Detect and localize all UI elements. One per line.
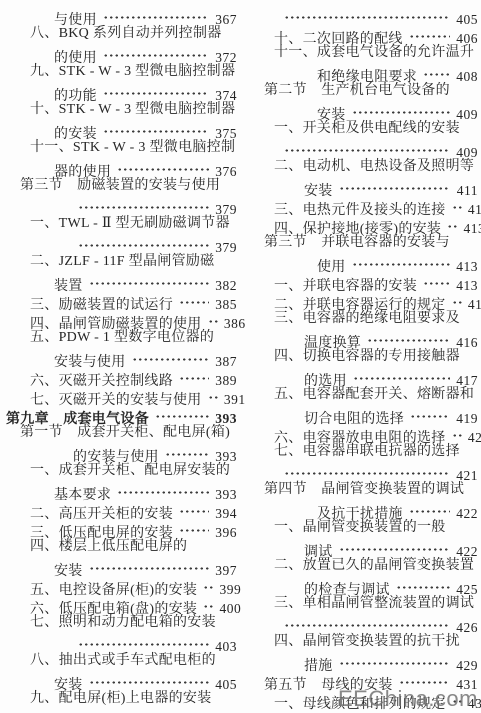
toc-entry-text: 四、切换电容器的专用接触器: [274, 347, 460, 366]
toc-row: 器的使用376: [0, 157, 240, 176]
toc-cont-text: 装置: [54, 277, 83, 296]
toc-column-left: 与使用367八、BKQ 系列自动并列控制器的使用372九、STK - W - 3…: [0, 5, 240, 708]
dot-leader: [409, 24, 450, 43]
toc-section-text: 第三节 并联电容器的安装与: [264, 233, 450, 252]
toc-entry-text: 三、电容器的绝缘电阻要求及: [274, 309, 460, 328]
toc-row: 426: [244, 613, 481, 632]
toc-row: 一、TWL - Ⅱ 型无刷励磁调节器: [0, 214, 240, 233]
dot-leader: [396, 575, 450, 594]
dot-leader: [423, 62, 450, 81]
page-number: 429: [454, 656, 478, 675]
toc-row: 八、抽出式或手车式配电柜的: [0, 651, 240, 670]
page-number: 379: [213, 238, 237, 257]
dot-leader: [352, 252, 450, 271]
toc-row: 第一节 成套开关柜、配电屏(箱): [0, 423, 240, 442]
toc-entry-text: 五、电容器配套开关、熔断器和: [274, 385, 474, 404]
toc-entry-text: 二、放置已久的晶闸管变换装置: [274, 556, 474, 575]
toc-row: 和绝缘电阻要求408: [244, 62, 481, 81]
toc-row: 五、电控设备屏(柜)的安装399: [0, 575, 240, 594]
dot-leader: [165, 442, 209, 461]
toc-row: 的功能374: [0, 81, 240, 100]
dot-leader: [423, 271, 450, 290]
toc-row: 405: [244, 5, 481, 24]
toc-section-text: 第一节 成套开关柜、配电屏(箱): [20, 423, 230, 442]
toc-section-text: 第三节 励磁装置的安装与使用: [20, 176, 220, 195]
toc-entry-text: 九、STK - W - 3 型微电脑控制器: [30, 62, 235, 81]
toc-entry-text: 一、开关柜及供电配线的安装: [274, 119, 460, 138]
toc-row: 四、切换电容器的专用接触器: [244, 347, 481, 366]
toc-row: 的选用417: [244, 366, 481, 385]
page-number: 405: [213, 675, 237, 694]
toc-row: 三、电热元件及接头的连接412: [244, 195, 481, 214]
toc-cont2-text: 使用: [317, 258, 346, 277]
toc-row: 九、STK - W - 3 型微电脑控制器: [0, 62, 240, 81]
toc-row: 七、照明和动力配电箱的安装: [0, 613, 240, 632]
dot-leader: [452, 195, 462, 214]
toc-entry-text: 五、PDW - 1 型数字电位器的: [30, 328, 214, 347]
dot-leader: [78, 632, 209, 651]
toc-entry-text: 九、配电屏(柜)上电器的安装: [30, 689, 212, 708]
page-number: 394: [213, 504, 237, 523]
dot-leader: [203, 575, 213, 594]
page-number: 413: [454, 257, 478, 276]
toc-row: 二、电动机、电热设备及照明等: [244, 157, 481, 176]
page-number: 422: [454, 504, 478, 523]
toc-row: 四、晶闸管变换装置的抗干扰: [244, 632, 481, 651]
toc-entry-text: 二、JZLF - 11F 型晶闸管励磁: [30, 252, 214, 271]
toc-column-right: 405十、二次回路的配线406十一、成套电气设备的允许温升和绝缘电阻要求408第…: [240, 5, 481, 708]
toc-cont-text: 安装: [304, 182, 333, 201]
toc-row: 一、开关柜及供电配线的安装: [244, 119, 481, 138]
toc-row: 安装409: [244, 100, 481, 119]
dot-leader: [203, 594, 213, 613]
dot-leader: [117, 480, 209, 499]
dot-leader: [89, 670, 209, 689]
toc-entry-text: 七、照明和动力配电箱的安装: [30, 613, 216, 632]
dot-leader: [103, 119, 209, 138]
toc-row: 第五节 母线的安装431: [244, 670, 481, 689]
page-number: 414: [466, 295, 481, 314]
toc-row: 二、高压开关柜的安装394: [0, 499, 240, 518]
toc-row: 二、JZLF - 11F 型晶闸管励磁: [0, 252, 240, 271]
toc-row: 与使用367: [0, 5, 240, 24]
dot-leader: [78, 233, 209, 252]
toc-entry-text: 一、母线颜色和排列的规定: [274, 695, 446, 713]
toc-row: 切合电阻的选择419: [244, 404, 481, 423]
toc-row: 第四节 晶闸管变换装置的调试: [244, 480, 481, 499]
dot-leader: [155, 404, 209, 423]
page-number: 387: [213, 352, 237, 371]
toc-row: 379: [0, 233, 240, 252]
toc-entry-text: 一、晶闸管变换装置的一般: [274, 518, 446, 537]
toc-entry-text: 六、灭磁开关控制线路: [30, 372, 173, 391]
toc-row: 的安装375: [0, 119, 240, 138]
toc-entry-text: 三、电热元件及接头的连接: [274, 201, 446, 220]
toc-entry-text: 十一、成套电气设备的允许温升: [274, 43, 474, 62]
page-number: 405: [454, 10, 478, 29]
toc-row: 七、电容器串联电抗器的选择: [244, 442, 481, 461]
dot-leader: [352, 100, 450, 119]
toc-entry-text: 十、STK - W - 3 型微电脑控制器: [30, 100, 235, 119]
dot-leader: [208, 309, 218, 328]
toc-entry-text: 四、晶闸管变换装置的抗干扰: [274, 632, 460, 651]
toc-row: 第三节 并联电容器的安装与: [244, 233, 481, 252]
toc-row: 379: [0, 195, 240, 214]
toc-row: 三、电容器的绝缘电阻要求及: [244, 309, 481, 328]
toc-row: 十一、STK - W - 3 型微电脑控制: [0, 138, 240, 157]
toc-row: 421: [244, 461, 481, 480]
toc-entry-text: 八、抽出式或手车式配电柜的: [30, 651, 216, 670]
dot-leader: [78, 195, 209, 214]
toc-row: 的使用372: [0, 43, 240, 62]
toc-row: 温度换算416: [244, 328, 481, 347]
dot-leader: [284, 461, 450, 480]
page-number: 403: [213, 637, 237, 656]
dot-leader: [447, 214, 457, 233]
toc-row: 二、放置已久的晶闸管变换装置: [244, 556, 481, 575]
dot-leader: [103, 43, 209, 62]
toc-section-text: 第五节 母线的安装: [264, 676, 393, 695]
toc-entry-text: 二、电动机、电热设备及照明等: [274, 157, 474, 176]
toc-entry-text: 四、楼层上低压配电屏的: [30, 537, 187, 556]
toc-row: 三、励磁装置的试运行385: [0, 290, 240, 309]
page-number: 382: [213, 276, 237, 295]
dot-leader: [89, 556, 209, 575]
dot-leader: [284, 5, 450, 24]
dot-leader: [103, 81, 209, 100]
dot-leader: [353, 366, 450, 385]
toc-cont-text: 基本要求: [54, 486, 111, 505]
dot-leader: [284, 138, 450, 157]
toc-row: 的安装与使用393: [0, 442, 240, 461]
toc-row: 及抗干扰措施422: [244, 499, 481, 518]
page-number: 431: [466, 694, 481, 713]
toc-row: 一、并联电容器的安装413: [244, 271, 481, 290]
toc-cont-text: 安装: [54, 562, 83, 581]
toc-row: 使用413: [244, 252, 481, 271]
toc-row: 八、BKQ 系列自动并列控制器: [0, 24, 240, 43]
toc-cont-text: 措施: [304, 657, 333, 676]
toc-entry-text: 十一、STK - W - 3 型微电脑控制: [30, 138, 235, 157]
toc-entry-text: 一、成套开关柜、配电屏安装的: [30, 461, 230, 480]
dot-leader: [179, 366, 209, 385]
toc-entry-text: 七、电容器串联电抗器的选择: [274, 442, 460, 461]
toc-row: 安装与使用387: [0, 347, 240, 366]
dot-leader: [452, 423, 462, 442]
page-number: 396: [213, 523, 237, 542]
dot-leader: [399, 670, 450, 689]
toc-row: 五、PDW - 1 型数字电位器的: [0, 328, 240, 347]
dot-leader: [179, 499, 209, 518]
toc-row: 第二节 生产机台电气设备的: [244, 81, 481, 100]
dot-leader: [284, 613, 450, 632]
toc-row: 的检查与调试425: [244, 575, 481, 594]
dot-leader: [452, 689, 462, 708]
page-number: 420: [466, 428, 481, 447]
toc-entry-text: 二、高压开关柜的安装: [30, 505, 173, 524]
toc-row: 措施429: [244, 651, 481, 670]
dot-leader: [409, 499, 450, 518]
toc-row: 五、电容器配套开关、熔断器和: [244, 385, 481, 404]
toc-row: 十、STK - W - 3 型微电脑控制器: [0, 100, 240, 119]
toc-row: 三、单相晶闸管整流装置的调试: [244, 594, 481, 613]
toc-entry-text: 八、BKQ 系列自动并列控制器: [30, 24, 222, 43]
dot-leader: [367, 328, 450, 347]
dot-leader: [179, 290, 209, 309]
dot-leader: [339, 651, 450, 670]
dot-leader: [103, 5, 209, 24]
page-number: 412: [466, 200, 481, 219]
toc-row: 调试422: [244, 537, 481, 556]
dot-leader: [410, 404, 450, 423]
page-number: 413: [461, 219, 481, 238]
toc-row: 十一、成套电气设备的允许温升: [244, 43, 481, 62]
toc-row: 四、楼层上低压配电屏的: [0, 537, 240, 556]
page-number: 399: [217, 580, 241, 599]
toc-row: 一、成套开关柜、配电屏安装的: [0, 461, 240, 480]
toc-entry-text: 三、单相晶闸管整流装置的调试: [274, 594, 474, 613]
toc-row: 一、晶闸管变换装置的一般: [244, 518, 481, 537]
toc-entry-text: 五、电控设备屏(柜)的安装: [30, 581, 197, 600]
toc-row: 九、配电屏(柜)上电器的安装: [0, 689, 240, 708]
toc-cont-text: 切合电阻的选择: [304, 410, 404, 429]
toc-row: 409: [244, 138, 481, 157]
toc-row: 安装411: [244, 176, 481, 195]
toc-section-text: 第四节 晶闸管变换装置的调试: [264, 480, 464, 499]
dot-leader: [179, 518, 209, 537]
toc-columns: 与使用367八、BKQ 系列自动并列控制器的使用372九、STK - W - 3…: [0, 5, 481, 708]
toc-page: 与使用367八、BKQ 系列自动并列控制器的使用372九、STK - W - 3…: [0, 0, 481, 713]
toc-row: 403: [0, 632, 240, 651]
page-number: 397: [213, 561, 237, 580]
dot-leader: [89, 271, 209, 290]
dot-leader: [339, 176, 450, 195]
dot-leader: [132, 347, 210, 366]
toc-row: 安装405: [0, 670, 240, 689]
dot-leader: [452, 290, 462, 309]
toc-row: 装置382: [0, 271, 240, 290]
toc-entry-text: 一、TWL - Ⅱ 型无刷励磁调节器: [30, 214, 230, 233]
toc-entry-text: 一、并联电容器的安装: [274, 277, 417, 296]
toc-section-text: 第二节 生产机台电气设备的: [264, 81, 450, 100]
toc-row: 第三节 励磁装置的安装与使用: [0, 176, 240, 195]
toc-row: 十、二次回路的配线406: [244, 24, 481, 43]
toc-row: 基本要求393: [0, 480, 240, 499]
page-number: 400: [217, 599, 241, 618]
page-number: 393: [213, 485, 237, 504]
dot-leader: [339, 537, 450, 556]
toc-cont-text: 安装与使用: [54, 353, 126, 372]
page-number: 408: [454, 67, 478, 86]
toc-entry-text: 三、励磁装置的试运行: [30, 296, 173, 315]
dot-leader: [208, 385, 218, 404]
toc-row: 安装397: [0, 556, 240, 575]
dot-leader: [117, 157, 209, 176]
